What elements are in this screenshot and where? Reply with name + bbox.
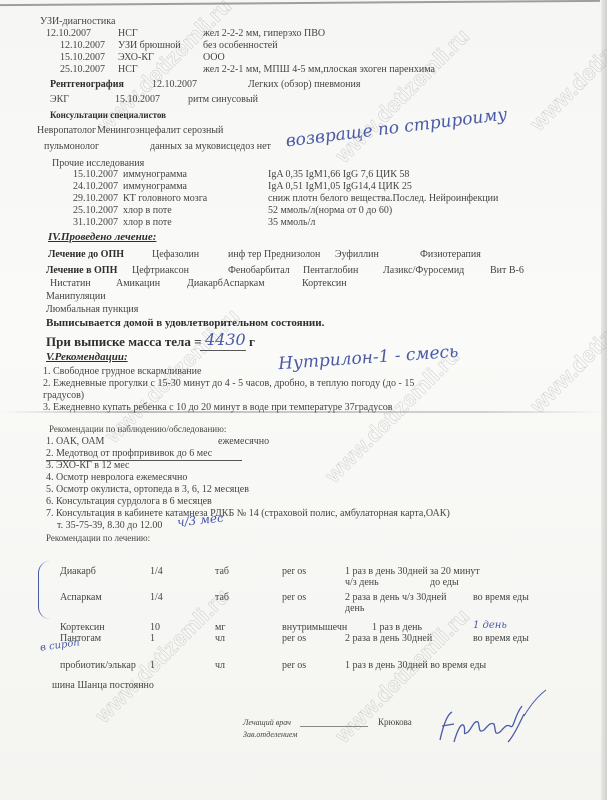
treatment-in-label: Лечение в ОПН [46,265,117,276]
treatment-drug: Цефазолин [152,249,199,260]
uzi-test: НСГ [118,28,138,39]
recommendation-item: 3. Ежедневно купать ребенка с 10 до 20 м… [43,402,392,413]
followup-item: 4. Осмотр невролога ежемесячно [46,472,187,483]
med-route: per os [282,660,306,671]
uzi-result: жел 2-2-2 мм, гиперэхо ПВО [203,28,325,39]
handwritten-brace [38,561,53,619]
watermark: www.detizemli.ru [90,584,235,729]
weight-label: При выписке масса тела = [46,336,202,347]
med-unit: таб [215,566,229,577]
followup-item-extra: ежемесячно [218,436,269,447]
med-dose: 1/4 [150,592,163,603]
med-note: во время еды [473,633,529,644]
xray-label: Рентгенография [50,79,124,90]
manipulations-label: Манипуляции [46,291,106,302]
watermark: www.detizemli.ru [525,274,607,419]
signature-stroke [520,688,550,718]
treatment-drug: ДиакарбАспаркам [187,278,265,289]
treatment-drug: Лазикс/Фуросемид [383,265,464,276]
med-unit: чл [215,660,225,671]
treatment-title: IV.Проведено лечение: [48,232,156,243]
consult-title: Консультации специалистов [50,110,166,121]
other-date: 29.10.2007 [73,193,118,204]
other-date: 15.10.2007 [73,169,118,180]
handwritten-meds-note: в сироп [39,637,80,653]
other-test: иммунограмма [123,181,187,192]
med-note-handwritten: 1 день [473,620,507,631]
followup-item: 7. Консультация в кабинете катамнеза РДК… [46,508,450,519]
treatment-drug: Амикацин [116,278,160,289]
followup-item: 3. ЭХО-КГ в 12 мес [46,460,130,471]
uzi-result: без особенностей [203,40,278,51]
other-result: сниж плотн белого вещества.Послед. Нейро… [268,193,498,204]
weight-value: 4430 [205,330,246,349]
treatment-drug: Кортексин [302,278,347,289]
head-label: Зав.отделением [243,729,297,740]
med-name: Аспаркам [60,592,102,603]
scan-edge-right [601,0,607,800]
followup-item: 5. Осмотр окулиста, ортопеда в 3, 6, 12 … [46,484,249,495]
recs-title: V.Рекомендации: [46,352,128,363]
uzi-date: 12.10.2007 [60,40,105,51]
treatment-drug: Нистатин [50,278,91,289]
med-frequency-2: день [345,603,364,614]
med-unit: таб [215,592,229,603]
uzi-title: УЗИ-диагностика [40,16,115,27]
scan-edge-top [0,0,600,10]
other-test: КТ головного мозга [123,193,207,204]
recommendation-item: градусов) [43,390,84,401]
med-note: во время еды [473,592,529,603]
med-name: пробиотик/элькар [60,660,136,671]
other-result: 52 ммоль/л(норма от 0 до 60) [268,205,392,216]
xray-result: Легких (обзор) пневмония [248,79,360,90]
med-dose: 1 [150,633,155,644]
med-name: Диакарб [60,566,96,577]
manipulation-item: Люмбальная пункция [46,304,138,315]
other-result: IgA 0,51 IgM1,05 IgG14,4 ЦИК 25 [268,181,412,192]
other-result: 35 ммоль/л [268,217,315,228]
doctor-name: Крюкова [378,717,412,728]
med-dose: 10 [150,622,160,633]
followup-item: 2. Медотвод от профпрививок до 6 мес [46,448,212,459]
med-unit: чл [215,633,225,644]
discharge-status: Выписывается домой в удовлетворительном … [46,318,324,329]
ekg-label: ЭКГ [50,94,69,105]
signature-line [300,726,368,727]
recommendation-item: 2. Ежедневные прогулки с 15-30 минут до … [43,378,414,389]
med-frequency-2: ч/з день [345,577,379,588]
watermark: www.detizemli.ru [330,24,475,169]
other-test: хлор в поте [123,205,172,216]
med-frequency: 2 раза в день ч/з 30дней [345,592,446,603]
other-title: Прочие исследования [52,158,144,169]
ekg-result: ритм синусовый [188,94,258,105]
med-unit: мг [215,622,225,633]
med-route: per os [282,633,306,644]
weight-unit: г [249,336,255,347]
med-route: per os [282,566,306,577]
signature-scribble [434,702,534,752]
med-dose: 1 [150,660,155,671]
med-frequency: 1 раз в день 30дней во время еды [345,660,486,671]
followup-item: 1. ОАК, ОАМ [46,436,104,447]
followup-item: т. 35-75-39, 8.30 до 12.00 [57,520,162,531]
other-test: иммунограмма [123,169,187,180]
treatment-drug: Пентаглобин [303,265,358,276]
consult-result: Менингоэнцефалит серозный [97,125,223,136]
ekg-date: 15.10.2007 [115,94,160,105]
recommendation-item: 1. Свободное грудное вскармливание [43,366,201,377]
med-note-2: до еды [430,577,459,588]
followup-item: 6. Консультация сурдолога в 6 месяцев [46,496,212,507]
treatment-drug: инф тер Преднизолон [228,249,320,260]
med-frequency: 1 раз в день [372,622,422,633]
doctor-label: Лечащий врач [243,717,291,728]
other-date: 24.10.2007 [73,181,118,192]
consult-specialist: Невропатолог [37,125,96,136]
consult-specialist: пульмонолог [44,141,99,152]
uzi-result: жел 2-2-1 мм, МПШ 4-5 мм,плоская эхоген … [203,64,435,75]
med-route: per os [282,592,306,603]
weight-underline [200,350,246,351]
xray-date: 12.10.2007 [152,79,197,90]
uzi-date: 25.10.2007 [60,64,105,75]
other-date: 31.10.2007 [73,217,118,228]
other-test: хлор в поте [123,217,172,228]
med-dose: 1/4 [150,566,163,577]
treatment-drug: Эуфиллин [335,249,379,260]
uzi-date: 15.10.2007 [60,52,105,63]
uzi-date: 12.10.2007 [46,28,91,39]
followup-title: Рекомендации по наблюдению/обследованию: [49,424,226,435]
treatment-drug: Фенобарбитал [228,265,290,276]
watermark: www.detizemli.ru [525,0,607,136]
med-name: Кортексин [60,622,105,633]
consult-result: данных за муковисцедоз нет [150,141,271,152]
treatment-drug: Физиотерапия [420,249,481,260]
treatment-drug: Цефтриаксон [132,265,189,276]
uzi-test: НСГ [118,64,138,75]
uzi-test: УЗИ брюшной [118,40,181,51]
med-note: за 20 минут [430,566,480,577]
shanz-collar-note: шина Шанца постоянно [52,680,154,691]
med-frequency: 1 раз в день 30дней [345,566,428,577]
med-frequency: 2 раза в день 30дней [345,633,432,644]
uzi-result: ООО [203,52,225,63]
scanned-discharge-document: www.detizemli.ru www.detizemli.ru www.de… [0,0,607,800]
med-route: внутримышечн [282,622,347,633]
treatment-before-label: Лечение до ОПН [48,249,124,260]
treatment-drug: Вит В-6 [490,265,524,276]
other-date: 25.10.2007 [73,205,118,216]
uzi-test: ЭХО-КГ [118,52,154,63]
meds-title: Рекомендации по лечению: [46,533,150,544]
other-result: IgA 0,35 IgM1,66 IgG 7,6 ЦИК 58 [268,169,409,180]
